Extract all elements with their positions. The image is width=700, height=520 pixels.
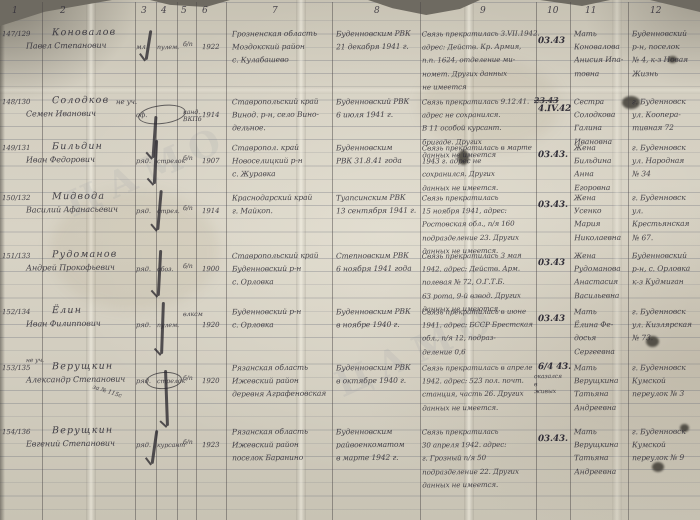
party-status: б/п (183, 263, 203, 270)
surname: Бильдин (52, 140, 103, 154)
given-name: Андрей Прокофьевич (26, 261, 138, 275)
draft-info: Туапсинским РВК 13 сентября 1941 г. (336, 191, 420, 218)
date-mark-note: оказался в живых (534, 373, 574, 396)
contact-details: Связь прекратилась в июне 1941. адрес: Б… (422, 304, 540, 358)
surname: Верущкин (52, 424, 113, 438)
surname: Верущкин (52, 360, 113, 374)
birth-year: 1920 (202, 375, 228, 388)
date-mark: 4.IV.42 (538, 103, 576, 117)
given-name: Василий Афанасьевич (26, 203, 138, 217)
surname: Рудоманов (52, 248, 118, 262)
party-status: б/п (183, 439, 203, 446)
draft-info: Степновским РВК 6 ноября 1941 года (336, 249, 420, 276)
given-name: Иван Филиппович (26, 317, 138, 331)
birth-year: 1900 (202, 263, 228, 276)
birthplace: Ставропольский край Буденновский р-н с. … (232, 249, 332, 289)
relative: Мать Верущкина Татьяна Андреевна (574, 361, 630, 414)
draft-info: Буденновским РВК в ноябре 1940 г. (336, 305, 420, 332)
address: г. Буденновск Кумской переулок № 3 (632, 361, 696, 401)
column-number: 7 (272, 6, 278, 16)
birth-year: 1922 (202, 41, 228, 54)
contact-details: Связь прекратилась 30 апреля 1942. адрес… (422, 424, 541, 491)
birth-year: 1920 (202, 319, 228, 332)
column-number: 6 (202, 6, 208, 16)
date-mark: 03.43. (538, 199, 576, 213)
contact-details: Связь прекратилась в апреле 1942. адрес:… (422, 360, 540, 414)
column-number: 3 (141, 6, 147, 16)
column-number: 5 (181, 6, 187, 16)
party-status: б/п (183, 155, 203, 162)
column-number: 11 (585, 6, 596, 16)
address: г. Буденновск ул. Кизлярская № 73. (632, 305, 696, 345)
birthplace: Ставропольский край Винод. р-н, село Вин… (232, 95, 332, 135)
column-number: 8 (374, 6, 380, 16)
table-row: 149/131 Бильдин Иван Федорович ряд. стре… (0, 140, 700, 150)
surname: Солодков (52, 94, 109, 108)
party-status: б/п (183, 205, 203, 212)
birthplace: Краснодарский край г. Майкоп. (232, 191, 332, 218)
table-row: 147/129 Коновалов Павел Степанович мл. п… (0, 26, 700, 36)
address: Буденновский р-н, с. Орловка к-з Кудмига… (632, 249, 696, 289)
date-mark: 03.43 (538, 35, 576, 49)
address: г. Буденновск ул. Крестьянская № 67. (632, 191, 696, 244)
address: г. Буденновск Кумской переулок № 9 (632, 425, 696, 465)
table-row: 151/133 Рудоманов Андрей Прокофьевич ряд… (0, 248, 700, 258)
date-mark: 03.43 (538, 313, 576, 327)
table-row: 150/132 Мидвода Василий Афанасьевич ряд.… (0, 190, 700, 200)
birth-year: 1914 (202, 109, 228, 122)
contact-details: Связь прекратилась 3.VII.1942. адрес: Де… (422, 26, 541, 93)
date-mark: 03.43 (538, 257, 576, 271)
column-number: 2 (60, 6, 66, 16)
birthplace: Ставропол. край Новоселицкий р-н с. Жура… (232, 141, 332, 181)
birthplace: Рязанская область Ижевский район деревня… (232, 361, 332, 401)
relative: Жена Рудоманова Анастасия Васильевна (574, 249, 630, 302)
address: Буденновский р-н, поселок № 4, к-з Новая… (632, 27, 696, 80)
address: г. Буденновск ул. Коопера- тивная 72 (632, 95, 696, 135)
surname: Коновалов (52, 26, 116, 40)
given-name: Павел Степанович (26, 39, 138, 53)
relative: Мать Ёлина Фе- досья Сергеевна (574, 305, 630, 358)
column-number: 9 (480, 6, 486, 16)
draft-info: Буденновским РВК 31.8.41 года (336, 141, 420, 168)
given-name: Александр Степанович (26, 373, 138, 387)
draft-info: Буденновским РВК 21 декабря 1941 г. (336, 27, 420, 54)
surname: Ёлин (52, 304, 82, 317)
relative: Жена Усенко Мария Николаевна (574, 191, 630, 244)
draft-info: Буденновским райвоенкоматом в марте 1942… (336, 425, 420, 465)
column-number: 4 (161, 6, 167, 16)
party-status: б/п (183, 375, 203, 382)
date-mark: 03.43. (538, 149, 576, 163)
birthplace: Рязанская область Ижевский район поселок… (232, 425, 332, 465)
table-row: не уч. 153/135 Верущкин Александр Степан… (0, 360, 700, 370)
relative: Мать Коновалова Анисия Ипа- товна (574, 27, 630, 80)
draft-info: Буденновский РВК 6 июля 1941 г. (336, 95, 420, 122)
party-status: канд. ВКПб (183, 109, 203, 123)
relative: Жена Бильдина Анна Егоровна (574, 141, 630, 194)
address: г. Буденновск ул. Народная № 34 (632, 141, 696, 181)
relative: Мать Верущкина Татьяна Андреевна (574, 425, 630, 478)
scanned-document: ЦАМО ЦАМО 1 2 3 4 5 6 7 8 9 10 11 12 147… (0, 0, 700, 520)
given-name: Иван Федорович (26, 153, 138, 167)
party-status: влксм (183, 311, 203, 318)
column-number: 10 (547, 6, 558, 16)
table-row: 148/130 Солодков не уч. Семен Иванович о… (0, 94, 700, 104)
table-row: 152/134 Ёлин Иван Филиппович ряд. пулем.… (0, 304, 700, 314)
party-status: б/п (183, 41, 203, 48)
date-mark: 03.43. (538, 433, 576, 447)
draft-info: Буденновским РВК в октябре 1940 г. (336, 361, 420, 388)
birth-year: 1914 (202, 205, 228, 218)
given-name: Семен Иванович (26, 107, 138, 121)
birthplace: Буденновский р-н с. Орловка (232, 305, 332, 332)
column-divider (332, 2, 333, 520)
birth-year: 1923 (202, 439, 228, 452)
column-number: 1 (12, 6, 18, 16)
table-row: 154/136 Верущкин Евгений Степанович ряд.… (0, 424, 700, 434)
birthplace: Грозненская область Моздокский район с. … (232, 27, 332, 67)
contact-details: Связь прекратилась в марте 1943 г. адрес… (422, 140, 540, 194)
given-name: Евгений Степанович (26, 437, 138, 451)
birth-year: 1907 (202, 155, 228, 168)
column-number: 12 (650, 6, 661, 16)
surname: Мидвода (52, 190, 105, 204)
